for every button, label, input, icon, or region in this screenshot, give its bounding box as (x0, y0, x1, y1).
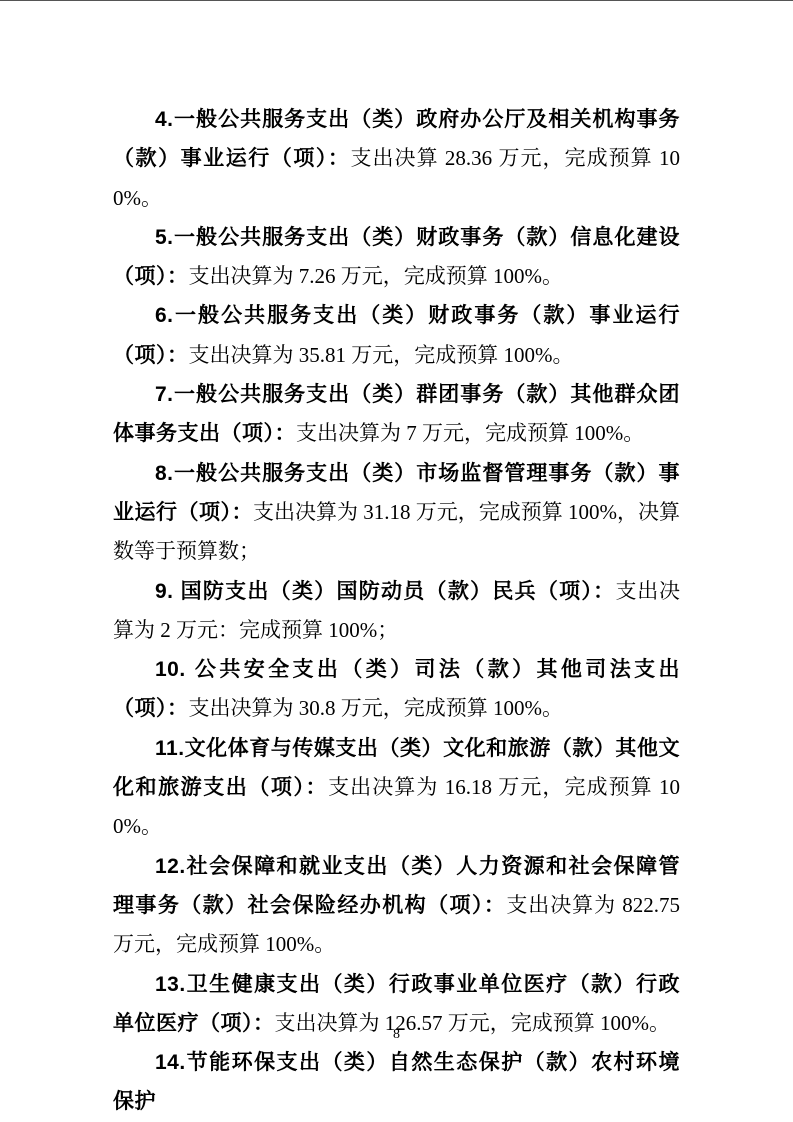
budget-item-10-body: 支出决算为 30.8 万元，完成预算 100%。 (189, 696, 564, 720)
budget-item-14-heading: 14.节能环保支出（类）自然生态保护（款）农村环境保护 (113, 1051, 680, 1113)
budget-item-6: 6.一般公共服务支出（类）财政事务（款）事业运行（项）：支出决算为 35.81 … (113, 296, 680, 375)
budget-item-6-body: 支出决算为 35.81 万元，完成预算 100%。 (189, 343, 574, 367)
page-number: 8 (0, 1027, 793, 1043)
budget-item-14: 14.节能环保支出（类）自然生态保护（款）农村环境保护 (113, 1043, 680, 1122)
budget-item-12: 12.社会保障和就业支出（类）人力资源和社会保障管理事务（款）社会保险经办机构（… (113, 847, 680, 965)
budget-item-9: 9. 国防支出（类）国防动员（款）民兵（项）：支出决算为 2 万元：完成预算 1… (113, 572, 680, 651)
budget-item-9-heading: 9. 国防支出（类）国防动员（款）民兵（项）： (155, 580, 615, 603)
budget-item-11: 11.文化体育与传媒支出（类）文化和旅游（款）其他文化和旅游支出（项）：支出决算… (113, 729, 680, 847)
budget-item-4: 4.一般公共服务支出（类）政府办公厅及相关机构事务（款）事业运行（项）：支出决算… (113, 100, 680, 218)
budget-item-5: 5.一般公共服务支出（类）财政事务（款）信息化建设（项）：支出决算为 7.26 … (113, 218, 680, 297)
budget-item-7-body: 支出决算为 7 万元，完成预算 100%。 (296, 421, 644, 445)
budget-item-10: 10. 公共安全支出（类）司法（款）其他司法支出（项）：支出决算为 30.8 万… (113, 650, 680, 729)
document-page: 4.一般公共服务支出（类）政府办公厅及相关机构事务（款）事业运行（项）：支出决算… (0, 0, 793, 1122)
document-content-area: 4.一般公共服务支出（类）政府办公厅及相关机构事务（款）事业运行（项）：支出决算… (113, 100, 680, 1122)
budget-item-8: 8.一般公共服务支出（类）市场监督管理事务（款）事业运行（项）：支出决算为 31… (113, 454, 680, 572)
budget-item-5-body: 支出决算为 7.26 万元，完成预算 100%。 (189, 264, 564, 288)
budget-item-7: 7.一般公共服务支出（类）群团事务（款）其他群众团体事务支出（项）：支出决算为 … (113, 375, 680, 454)
